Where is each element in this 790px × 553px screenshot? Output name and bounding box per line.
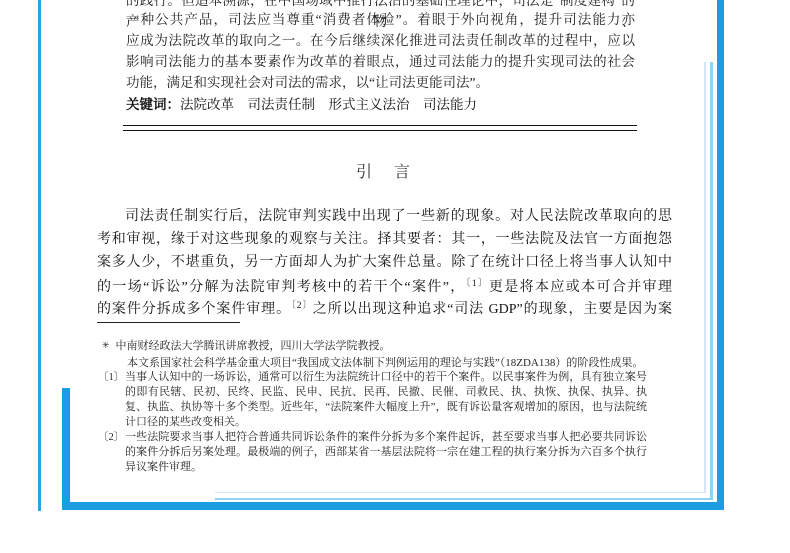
bottom-accent-line [62,502,724,510]
left-accent-line [38,0,41,511]
body-text: 之所以出现这种追求“司法 GDP”的现象，主要是因为案 [313,302,672,317]
abstract-line: 应成为法院改革的取向之一。在今后继续深化推进司法责任制改革的过程中，应以 [126,30,635,51]
author-note-marker: ✳ [102,340,110,350]
keywords-label: 关键词： [126,97,180,112]
footnote-2-marker: 〔2〕 [98,430,125,475]
right-accent-line [717,0,724,510]
bottom-thin-line-inner [215,498,713,500]
footnote-1: 〔1〕 当事人认知中的一场诉讼，通常可以衍生为法院统计口径中的若干个案件。以民事… [98,370,647,430]
section-title: 引 言 [97,161,672,185]
keywords-line: 关键词：法院改革 司法责任制 形式主义法治 司法能力 [126,94,477,116]
bottom-thin-line-outer [215,492,706,494]
footnote-separator [97,322,240,323]
footnote-ref-1: 〔1〕 [466,279,489,289]
body-text: 更是将本应或本可合并审理 [489,280,672,295]
funding-note: 本文系国家社会科学基金重大项目“我国成文法体制下判例运用的理论与实践”（18ZD… [127,356,654,371]
abstract-line: 影响司法能力的基本要素作为改革的着眼点，通过司法能力的提升实现司法的社会 [126,51,635,72]
body-line: 司法责任制实行后，法院审判实践中出现了一些新的现象。对人民法院改革取向的思 [97,205,672,228]
author-note-text: 中南财经政法大学腾讯讲席教授，四川大学法学院教授。 [116,340,391,352]
body-text: 的案件分拆成多个案件审理。 [97,302,291,317]
footnote-2: 〔2〕 一些法院要求当事人把符合普通共同诉讼条件的案件分拆为多个案件起诉，甚至要… [98,430,647,475]
body-line: 案多人少，不堪重负，另一方面却人为扩大案件总量。除了在统计口径上将当事人认知中 [97,251,672,274]
right-thin-line-outer [704,62,706,493]
abstract-line: 一种公共产品，司法应当尊重“消费者体验”。着眼于外向视角，提升司法能力亦 [126,9,635,30]
footnote-1-marker: 〔1〕 [98,370,125,430]
right-thin-line-inner [710,62,713,499]
bottom-left-accent-corner [62,388,70,510]
paper-page: 的践行。但追本溯源，在中国场域中推行法治的基础性理论中，司法是“制度建构”的产物… [0,0,790,553]
author-note: ✳中南财经政法大学腾讯讲席教授，四川大学法学院教授。 [102,338,652,354]
body-line: 考和审视，缘于对这些现象的观察与关注。择其要者：其一，一些法院及法官一方面抱怨 [97,228,672,251]
footnote-1-text: 当事人认知中的一场诉讼，通常可以衍生为法院统计口径中的若干个案件。以民事案件为例… [125,370,647,430]
footnote-2-text: 一些法院要求当事人把符合普通共同诉讼条件的案件分拆为多个案件起诉，甚至要求当事人… [125,430,647,475]
body-line: 的一场“诉讼”分解为法院审判考核中的若干个“案件”，〔1〕更是将本应或本可合并审… [97,273,672,296]
body-line: 的案件分拆成多个案件审理。〔2〕之所以出现这种追求“司法 GDP”的现象，主要是… [97,295,672,318]
abstract-line: 功能，满足和实现社会对司法的需求，以“让司法更能司法”。 [126,72,635,93]
keywords-text: 法院改革 司法责任制 形式主义法治 司法能力 [180,97,477,112]
abstract-divider-rule [123,125,637,131]
body-text: 的一场“诉讼”分解为法院审判考核中的若干个“案件”， [97,280,466,295]
footnote-ref-2: 〔2〕 [291,301,313,311]
